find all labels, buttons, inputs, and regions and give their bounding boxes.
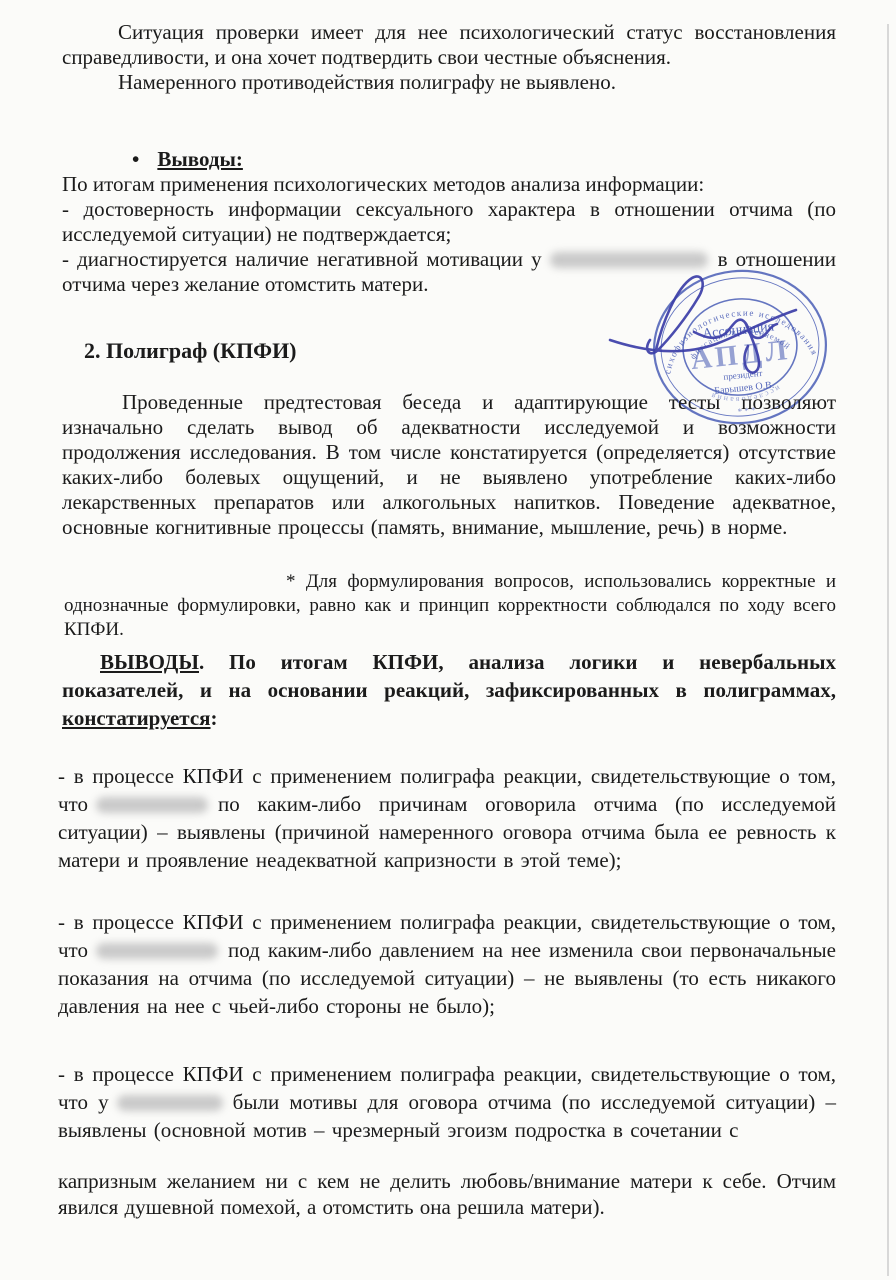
redaction-blur bbox=[117, 1095, 223, 1111]
finding-paragraph-1: - в процессе КПФИ с применением полиграф… bbox=[58, 762, 836, 874]
verdict-underlined-word: констатируется bbox=[62, 706, 211, 730]
page-scan-edge-line bbox=[887, 24, 889, 1276]
conclusions-heading: •Выводы: bbox=[62, 147, 836, 172]
intro-paragraph: Ситуация проверки имеет для нее психолог… bbox=[62, 20, 836, 70]
section-body-paragraph: Проведенные предтестовая беседа и адапти… bbox=[62, 390, 836, 540]
closing-paragraph: капризным желанием ни с кем не делить лю… bbox=[58, 1168, 836, 1220]
conclusions-lead: По итогам применения психологических мет… bbox=[62, 172, 836, 197]
verdict-title: ВЫВОДЫ bbox=[100, 650, 199, 674]
redaction-blur bbox=[96, 943, 218, 959]
section-heading: 2. Полиграф (КПФИ) bbox=[84, 338, 297, 364]
finding-paragraph-3: - в процессе КПФИ с применением полиграф… bbox=[58, 1060, 836, 1144]
countermeasures-line: Намеренного противодействия полиграфу не… bbox=[62, 70, 836, 95]
findings-section: - в процессе КПФИ с применением полиграф… bbox=[58, 762, 836, 1220]
redaction-blur bbox=[96, 797, 208, 813]
finding-paragraph-2: - в процессе КПФИ с применением полиграф… bbox=[58, 908, 836, 1020]
scanned-document-page: Ситуация проверки имеет для нее психолог… bbox=[0, 0, 896, 1280]
conclusion-item-1: - достоверность информации сексуального … bbox=[62, 197, 836, 247]
bullet-icon: • bbox=[132, 147, 139, 172]
verdict-paragraph: ВЫВОДЫ. По итогам КПФИ, анализа логики и… bbox=[62, 648, 836, 732]
intro-section: Ситуация проверки имеет для нее психолог… bbox=[62, 20, 836, 95]
conclusions-title: Выводы: bbox=[157, 147, 243, 171]
footnote: * Для формулирования вопросов, использов… bbox=[64, 570, 836, 642]
